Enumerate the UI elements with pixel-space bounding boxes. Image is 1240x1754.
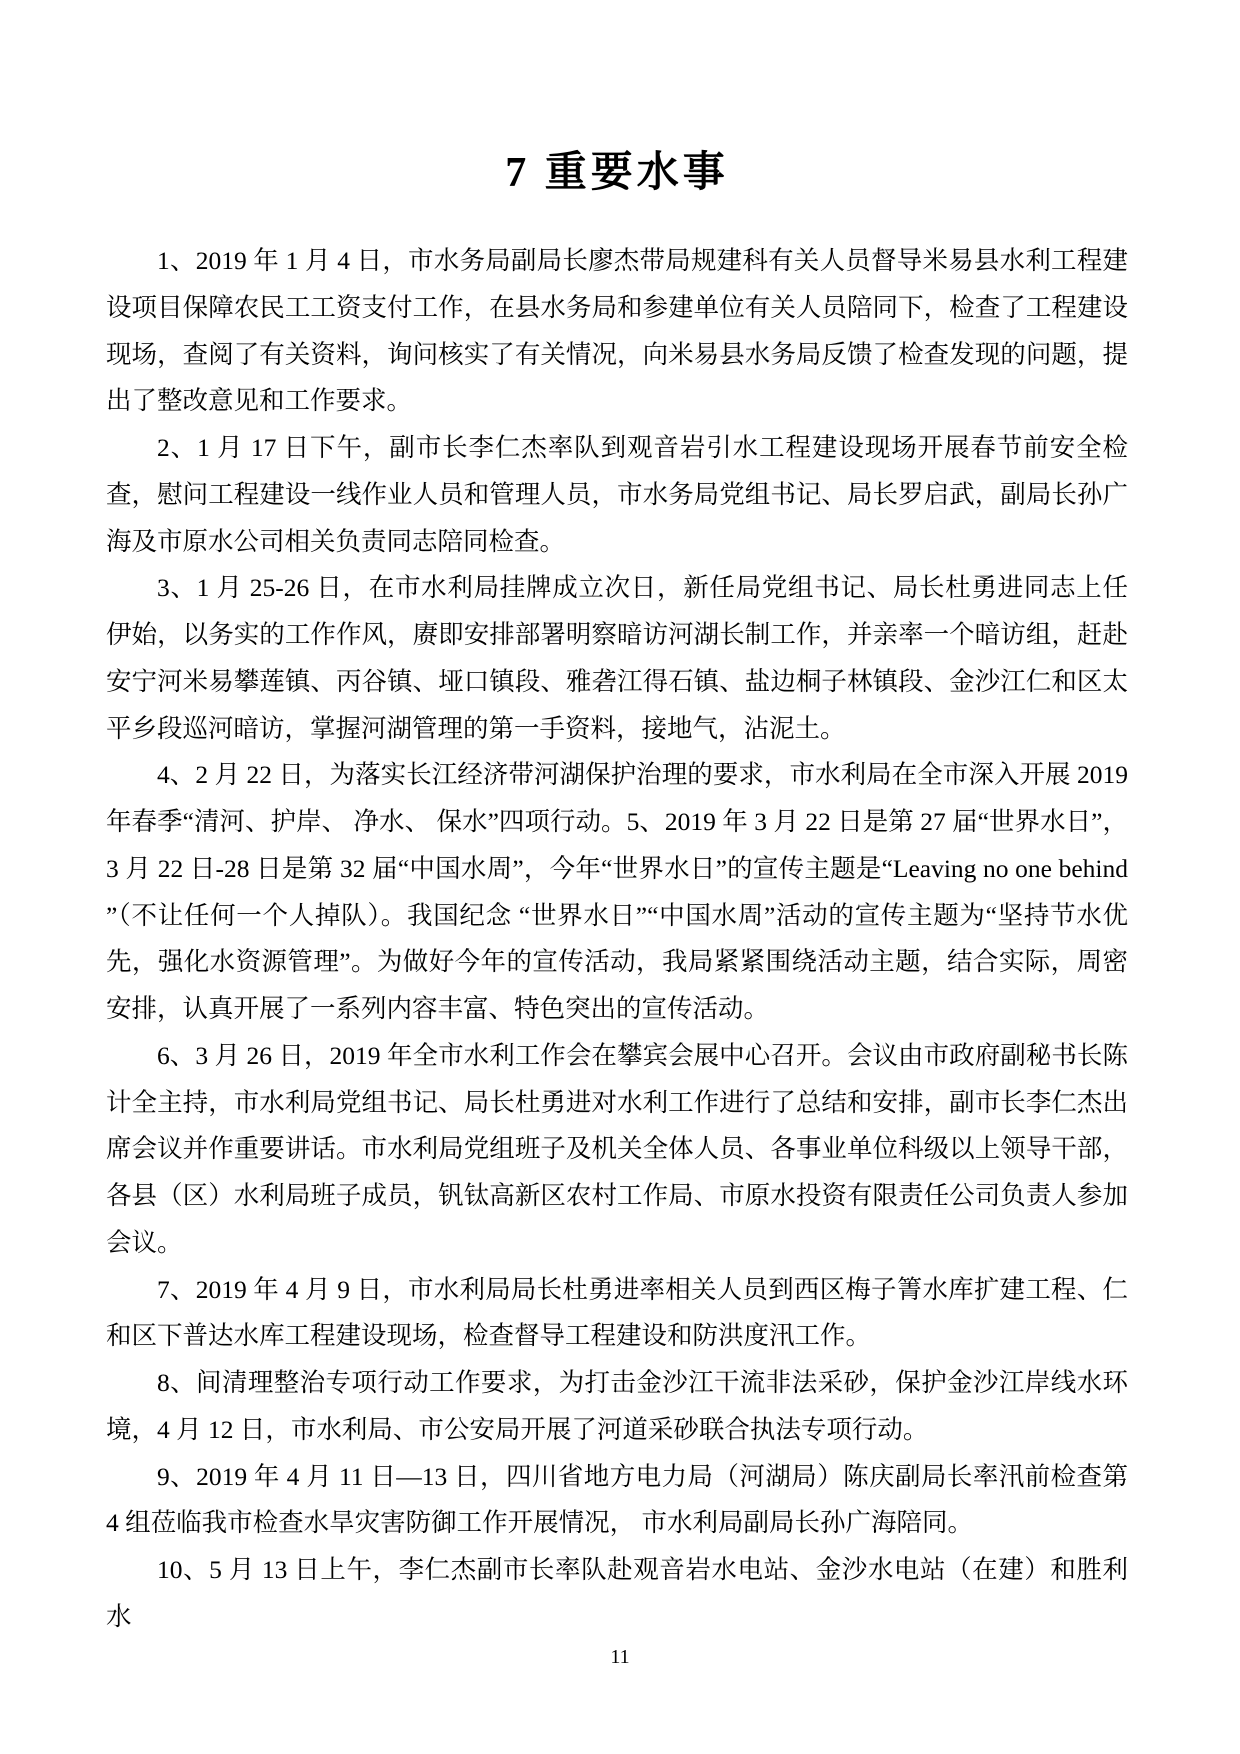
- document-page: 7 重要水事 1、2019 年 1 月 4 日，市水务局副局长廖杰带局规建科有关…: [0, 0, 1240, 1754]
- paragraph-4: 4、2 月 22 日，为落实长江经济带河湖保护治理的要求，市水利局在全市深入开展…: [106, 752, 1128, 1033]
- paragraph-6: 6、3 月 26 日，2019 年全市水利工作会在攀宾会展中心召开。会议由市政府…: [106, 1033, 1128, 1267]
- paragraph-8: 8、间清理整治专项行动工作要求，为打击金沙江干流非法采砂，保护金沙江岸线水环境，…: [106, 1360, 1128, 1454]
- paragraph-1: 1、2019 年 1 月 4 日，市水务局副局长廖杰带局规建科有关人员督导米易县…: [106, 238, 1128, 425]
- section-title: 7 重要水事: [106, 152, 1128, 194]
- paragraph-3: 3、1 月 25-26 日，在市水利局挂牌成立次日，新任局党组书记、局长杜勇进同…: [106, 565, 1128, 752]
- page-number: 11: [0, 1645, 1240, 1669]
- document-body: 1、2019 年 1 月 4 日，市水务局副局长廖杰带局规建科有关人员督导米易县…: [106, 238, 1128, 1641]
- paragraph-9: 9、2019 年 4 月 11 日—13 日，四川省地方电力局（河湖局）陈庆副局…: [106, 1454, 1128, 1548]
- paragraph-10: 10、5 月 13 日上午，李仁杰副市长率队赴观音岩水电站、金沙水电站（在建）和…: [106, 1547, 1128, 1641]
- paragraph-7: 7、2019 年 4 月 9 日，市水利局局长杜勇进率相关人员到西区梅子箐水库扩…: [106, 1267, 1128, 1361]
- paragraph-2: 2、1 月 17 日下午，副市长李仁杰率队到观音岩引水工程建设现场开展春节前安全…: [106, 425, 1128, 565]
